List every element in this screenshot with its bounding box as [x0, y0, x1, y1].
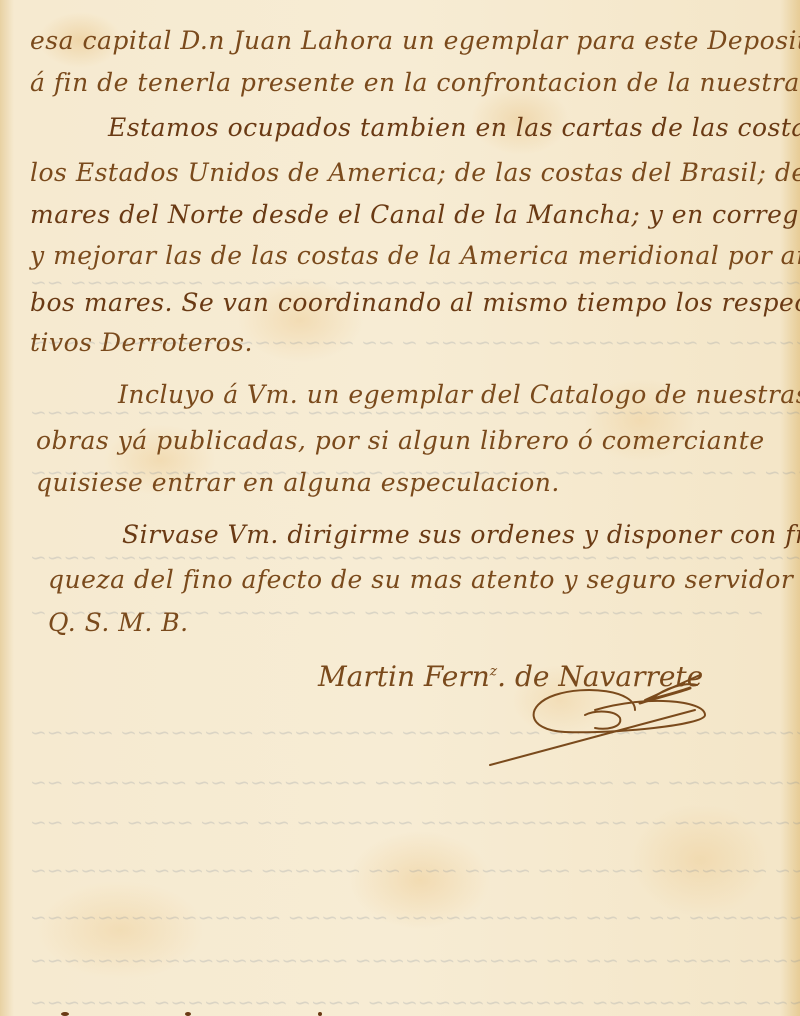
show-through-text: ~~~~~~~~~ ~~ ~~ ~~~~~~~~~~ ~~~~~~~ ~~ ~~… — [30, 810, 800, 834]
letter-line: Incluyo á Vm. un egemplar del Catalogo d… — [118, 382, 800, 407]
letter-line: mares del Norte desde el Canal de la Man… — [30, 202, 800, 227]
cropped-text-marks — [40, 1010, 760, 1016]
letter-line: á fin de tenerla presente en la confront… — [30, 70, 800, 95]
signature-first: Martin Fern — [318, 660, 490, 693]
letter-line: Sirvase Vm. dirigirme sus ordenes y disp… — [122, 522, 800, 547]
letter-line: y mejorar las de las costas de la Americ… — [30, 243, 800, 268]
letter-line: Q. S. M. B. — [48, 610, 189, 635]
letter-line: los Estados Unidos de America; de las co… — [30, 160, 800, 185]
letter-line: Estamos ocupados tambien en las cartas d… — [108, 115, 800, 140]
signature-rubric-icon — [485, 670, 725, 770]
letter-line: quisiese entrar en alguna especulacion. — [36, 470, 560, 495]
show-through-text: ~~~ ~~~~~~~~~ ~ ~ ~~~~~~~~~ ~~~~~ ~~~~~~… — [30, 770, 800, 794]
letter-line: queza del fino afecto de su mas atento y… — [48, 567, 793, 592]
show-through-text: ~~ ~~~~~~~ ~~~~ ~~ ~~~~ ~~~ ~~ ~~~~~~ ~~… — [30, 858, 800, 882]
manuscript-page: ~~~ ~~~~ ~~~~~~ ~~ ~~ ~~~~~~~~ ~~~~~ ~~~… — [0, 0, 800, 1016]
letter-line: obras yá publicadas, por si algun librer… — [36, 428, 765, 453]
letter-line: esa capital D.n Juan Lahora un egemplar … — [30, 28, 800, 53]
letter-line: bos mares. Se van coordinando al mismo t… — [30, 290, 800, 315]
show-through-text: ~~~~~~~~~ ~~ ~ ~~ ~~~~~~~~~~~ ~~~~~~ ~~~… — [30, 905, 800, 929]
letter-line: tivos Derroteros. — [30, 330, 253, 355]
show-through-text: ~~~~ ~~~~ ~~ ~~ ~~ ~~~~~~~~~~~ ~~~~~~~~~… — [30, 948, 800, 972]
